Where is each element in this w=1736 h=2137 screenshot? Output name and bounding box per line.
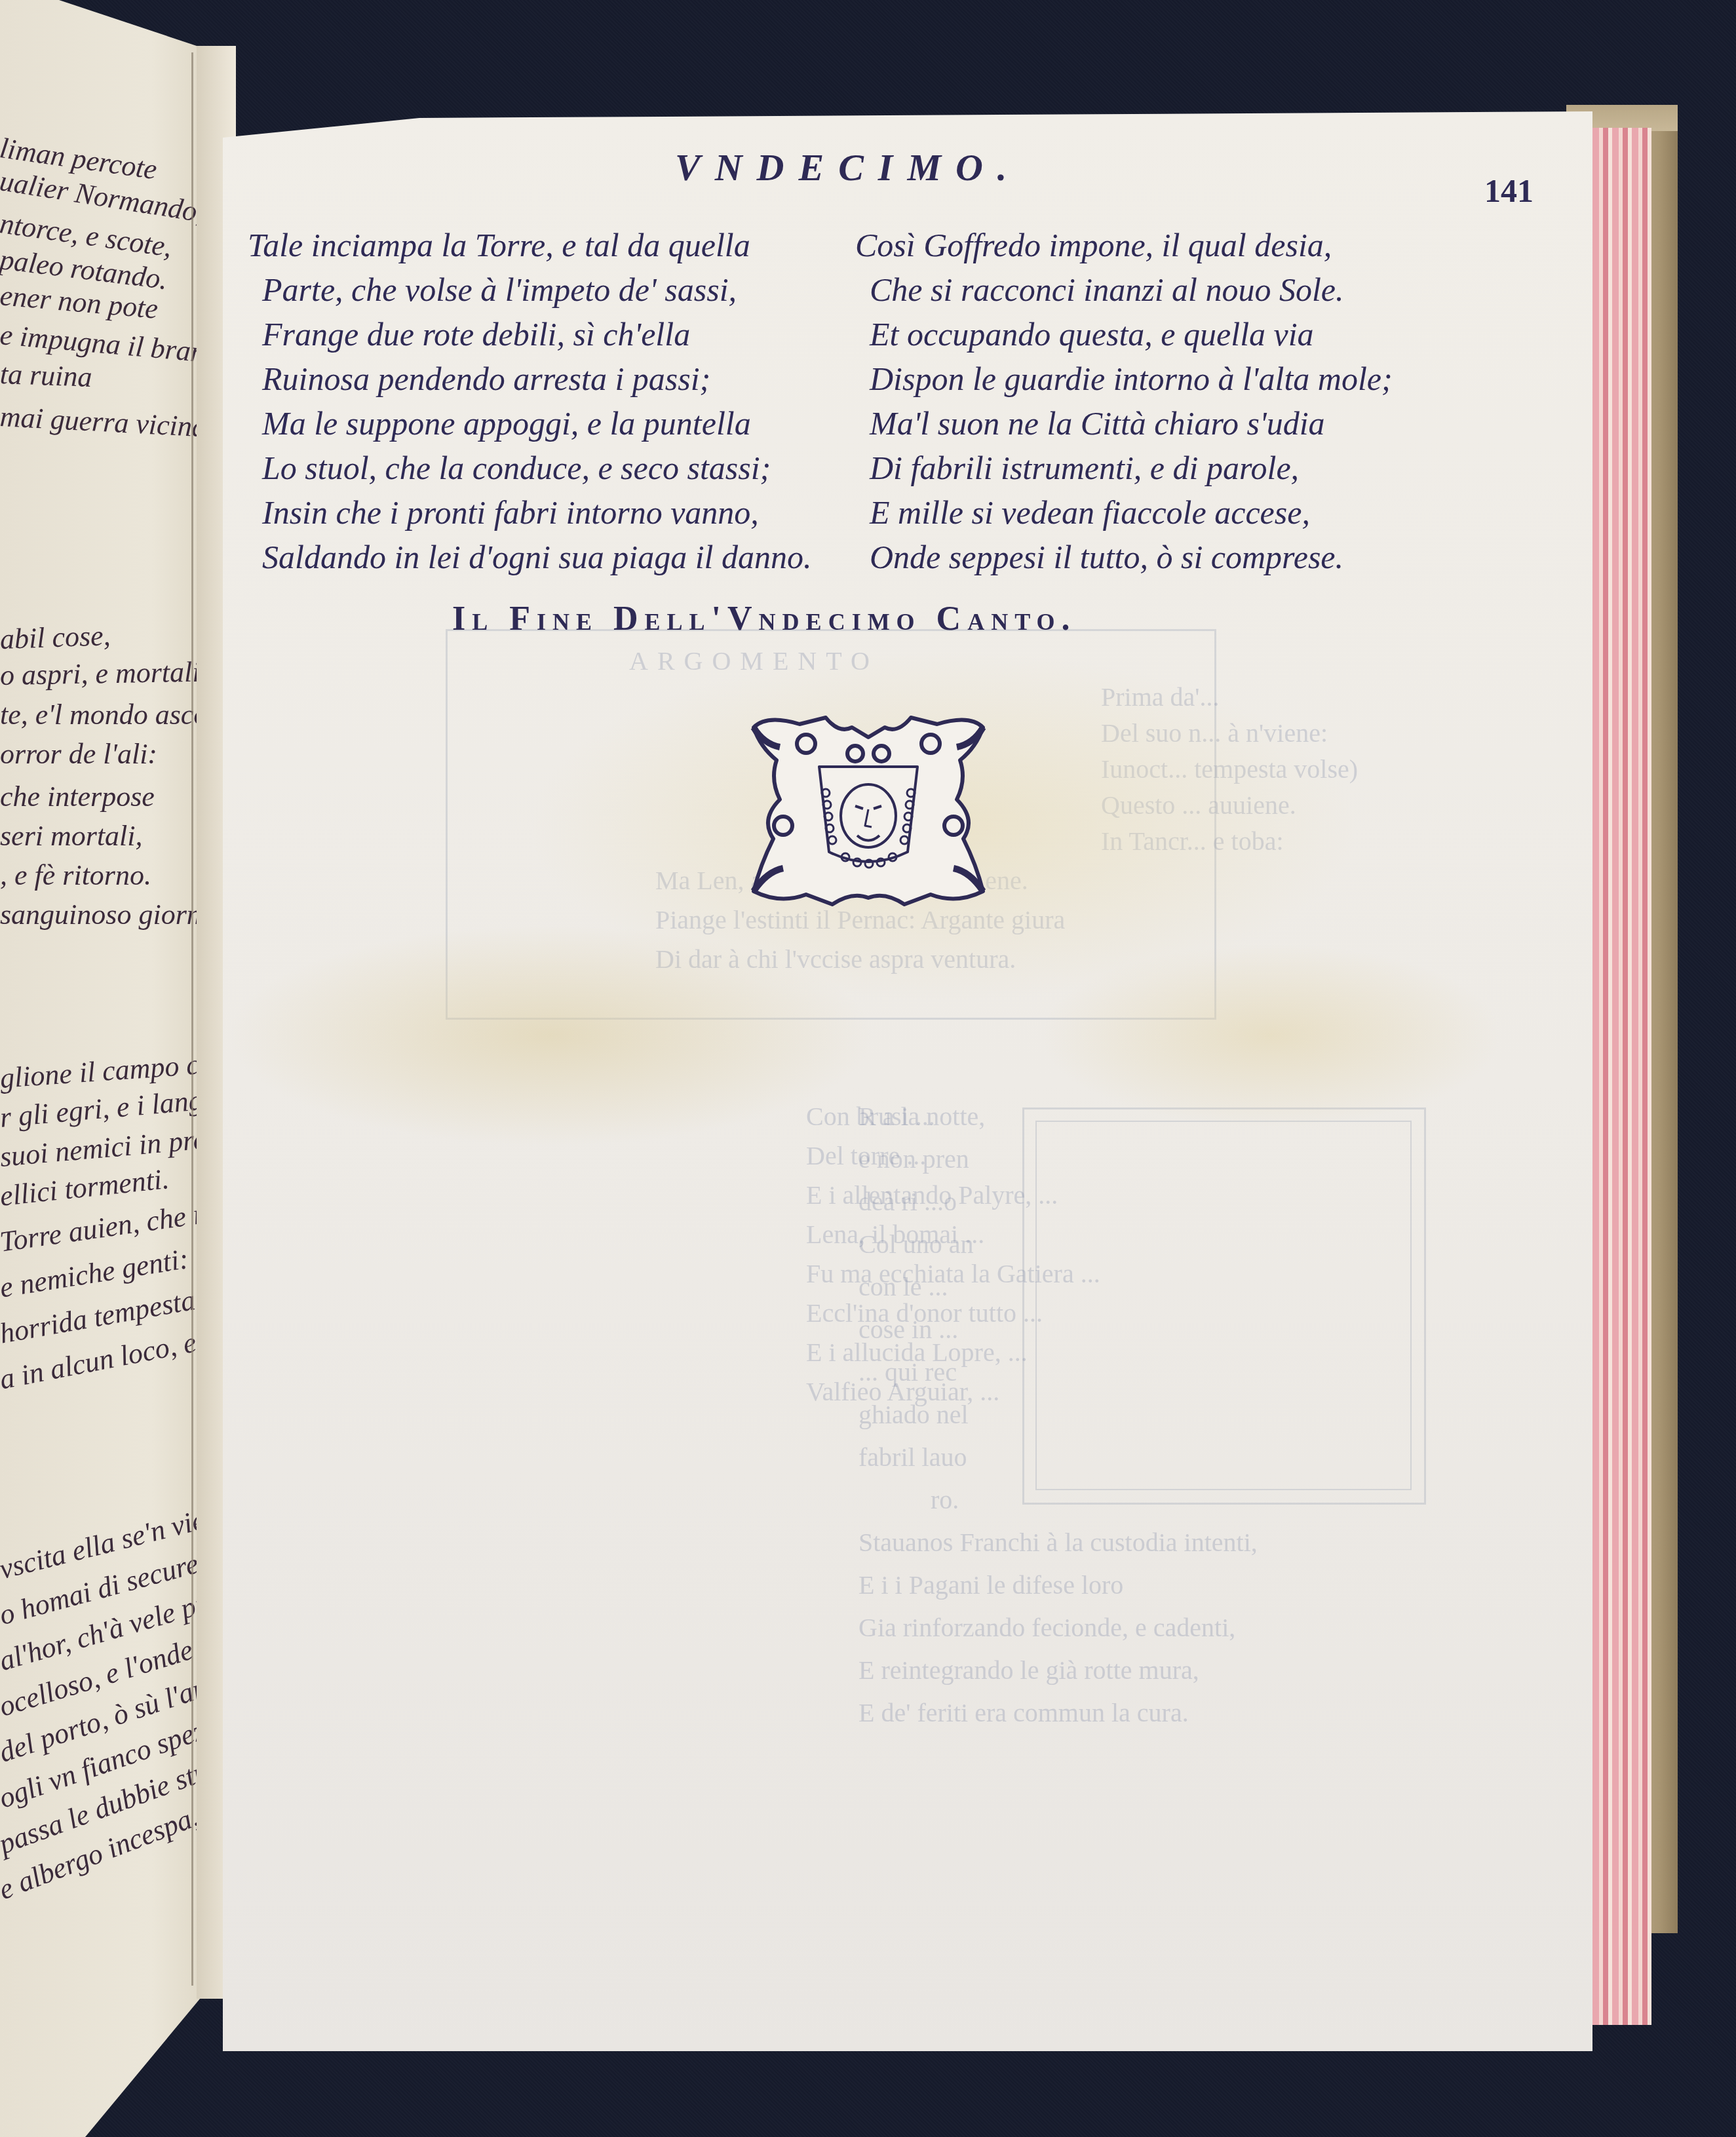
running-head: VNDECIMO. xyxy=(675,145,1021,189)
folio-number: 141 xyxy=(1484,172,1533,210)
ghost-line: In Tancr... e toba: xyxy=(1101,826,1284,857)
left-line: , e fè ritorno. xyxy=(0,858,151,892)
verse: E mille si vedean fiaccole accese, xyxy=(855,490,1393,535)
left-line: te, e'l mondo ascose xyxy=(0,698,210,731)
verse: Onde seppesi il tutto, ò si comprese. xyxy=(855,535,1393,579)
stanza-right: Così Goffredo impone, il qual desia, Che… xyxy=(855,223,1393,579)
verse: Lo stuol, che la conduce, e seco stassi; xyxy=(248,446,811,490)
ghost-line: E i i Pagani le difese loro xyxy=(858,1569,1123,1600)
ghost-line: Col uno an xyxy=(858,1229,974,1260)
ghost-line: con le ... xyxy=(858,1271,948,1302)
ghost-line: ghiado nel xyxy=(858,1399,969,1430)
left-line: orror de l'ali: xyxy=(0,737,157,771)
left-page: liman percote ualier Normando, ntorce, e… xyxy=(0,0,216,2137)
verse: Frange due rote debili, sì ch'ella xyxy=(248,312,811,356)
ghost-line: E de' feriti era commun la cura. xyxy=(858,1697,1189,1728)
verse: Et occupando questa, e quella via xyxy=(855,312,1393,356)
ghost-line: ro. xyxy=(931,1484,959,1515)
verse: Insin che i pronti fabri intorno vanno, xyxy=(248,490,811,535)
ghost-heading: ARGOMENTO xyxy=(629,645,879,676)
ghost-line: Iunoct... tempesta volse) xyxy=(1101,754,1358,784)
verse: Ruinosa pendendo arresta i passi; xyxy=(248,356,811,401)
verse: Ma le suppone appoggi, e la puntella xyxy=(248,401,811,446)
ghost-line: E reintegrando le già rotte mura, xyxy=(858,1655,1199,1685)
stanza-left: Tale inciampa la Torre, e tal da quella … xyxy=(248,223,811,579)
ghost-line: Gia rinforzando fecionde, e cadenti, xyxy=(858,1612,1235,1643)
ghost-line: fabril lauo xyxy=(858,1442,967,1473)
verse: Saldando in lei d'ogni sua piaga il dann… xyxy=(248,535,811,579)
ghost-line: R a la notte, xyxy=(858,1101,985,1132)
left-page-text: liman percote ualier Normando, ntorce, e… xyxy=(0,0,210,1966)
ghost-line: deà ri ...o xyxy=(858,1186,957,1217)
left-line: abil cose, xyxy=(0,619,111,656)
ghost-woodcut-initial-inner xyxy=(1035,1121,1412,1490)
ghost-line: Stauanos Franchi à la custodia intenti, xyxy=(858,1527,1258,1558)
verse: Tale inciampa la Torre, e tal da quella xyxy=(248,223,811,267)
left-line: ta ruina xyxy=(0,357,92,394)
ghost-line: Questo ... auuiene. xyxy=(1101,790,1296,820)
verse: Ma'l suon ne la Città chiaro s'udia xyxy=(855,401,1393,446)
ghost-line: cose in ... xyxy=(858,1314,958,1345)
woodcut-tailpiece-ornament-icon xyxy=(741,708,996,911)
verse: Così Goffredo impone, il qual desia, xyxy=(855,223,1393,267)
left-line: sanguinoso giorno. xyxy=(0,898,210,931)
verse: Parte, che volse à l'impeto de' sassi, xyxy=(248,267,811,312)
verse: Dispon le guardie intorno à l'alta mole; xyxy=(855,356,1393,401)
left-line: seri mortali, xyxy=(0,819,143,853)
canto-end-colophon: Il Fine Dell'Vndecimo Canto. xyxy=(452,600,1077,638)
left-line: mai guerra vicina. xyxy=(0,400,210,444)
left-line: che interpose xyxy=(0,780,155,813)
left-page-gutter-edge xyxy=(191,52,193,1986)
ghost-line: e non pren xyxy=(858,1144,969,1174)
verse: Che si racconci inanzi al nouo Sole. xyxy=(855,267,1393,312)
ghost-line: Prima da'... xyxy=(1101,682,1220,712)
ghost-line: Del suo n... à n'viene: xyxy=(1101,718,1328,748)
verse: Di fabrili istrumenti, e di parole, xyxy=(855,446,1393,490)
ghost-line: ... qui rec xyxy=(858,1357,957,1387)
ghost-line: Di dar à chi l'vccise aspra ventura. xyxy=(655,944,1016,974)
left-line: o aspri, e mortali xyxy=(0,655,201,692)
